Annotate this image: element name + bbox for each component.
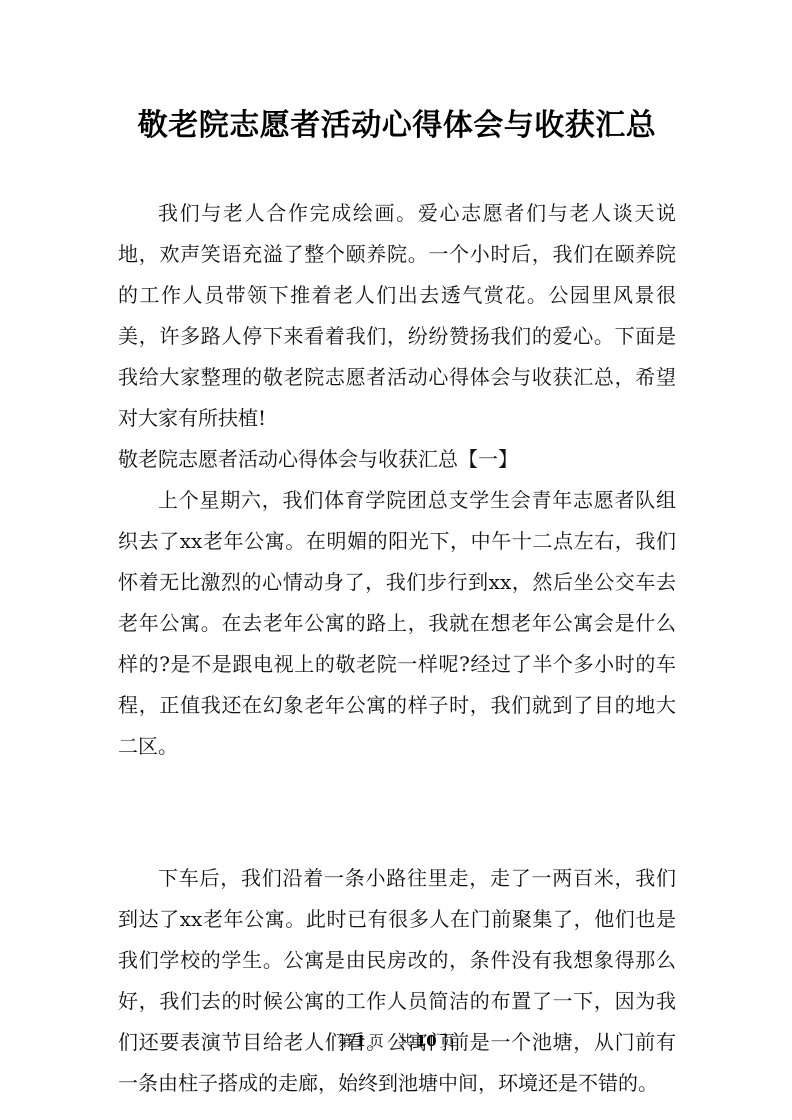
section-1-paragraph-trip: 上个星期六，我们体育学院团总支学生会青年志愿者队组织去了xx老年公寓。在明媚的阳… — [118, 480, 676, 767]
page-total-number: 10 — [416, 1031, 437, 1051]
page-total-prefix: 共 — [398, 1031, 413, 1051]
intro-paragraph: 我们与老人合作完成绘画。爱心志愿者们与老人谈天说地，欢声笑语充溢了整个颐养院。一… — [118, 193, 676, 439]
page-number-group: 第 1 页 — [337, 1031, 383, 1051]
section-1-paragraph-arrival: 下车后，我们沿着一条小路往里走，走了一两百米，我们到达了xx老年公寓。此时已有很… — [118, 858, 676, 1104]
document-body: 我们与老人合作完成绘画。爱心志愿者们与老人谈天说地，欢声笑语充溢了整个颐养院。一… — [118, 193, 676, 1104]
page-number-prefix: 第 — [337, 1031, 352, 1051]
page-total-suffix: 页 — [440, 1031, 455, 1051]
page-total-group: 共 10 页 — [398, 1031, 455, 1051]
document-content: 敬老院志愿者活动心得体会与收获汇总 我们与老人合作完成绘画。爱心志愿者们与老人谈… — [118, 0, 676, 1104]
section-1-heading: 敬老院志愿者活动心得体会与收获汇总【一】 — [118, 439, 676, 480]
page-number: 1 — [355, 1031, 365, 1051]
document-title: 敬老院志愿者活动心得体会与收获汇总 — [118, 104, 676, 148]
page-footer: 第 1 页 共 10 页 — [0, 1031, 792, 1051]
page-number-suffix: 页 — [369, 1031, 384, 1051]
document-page: 敬老院志愿者活动心得体会与收获汇总 我们与老人合作完成绘画。爱心志愿者们与老人谈… — [0, 0, 792, 1120]
